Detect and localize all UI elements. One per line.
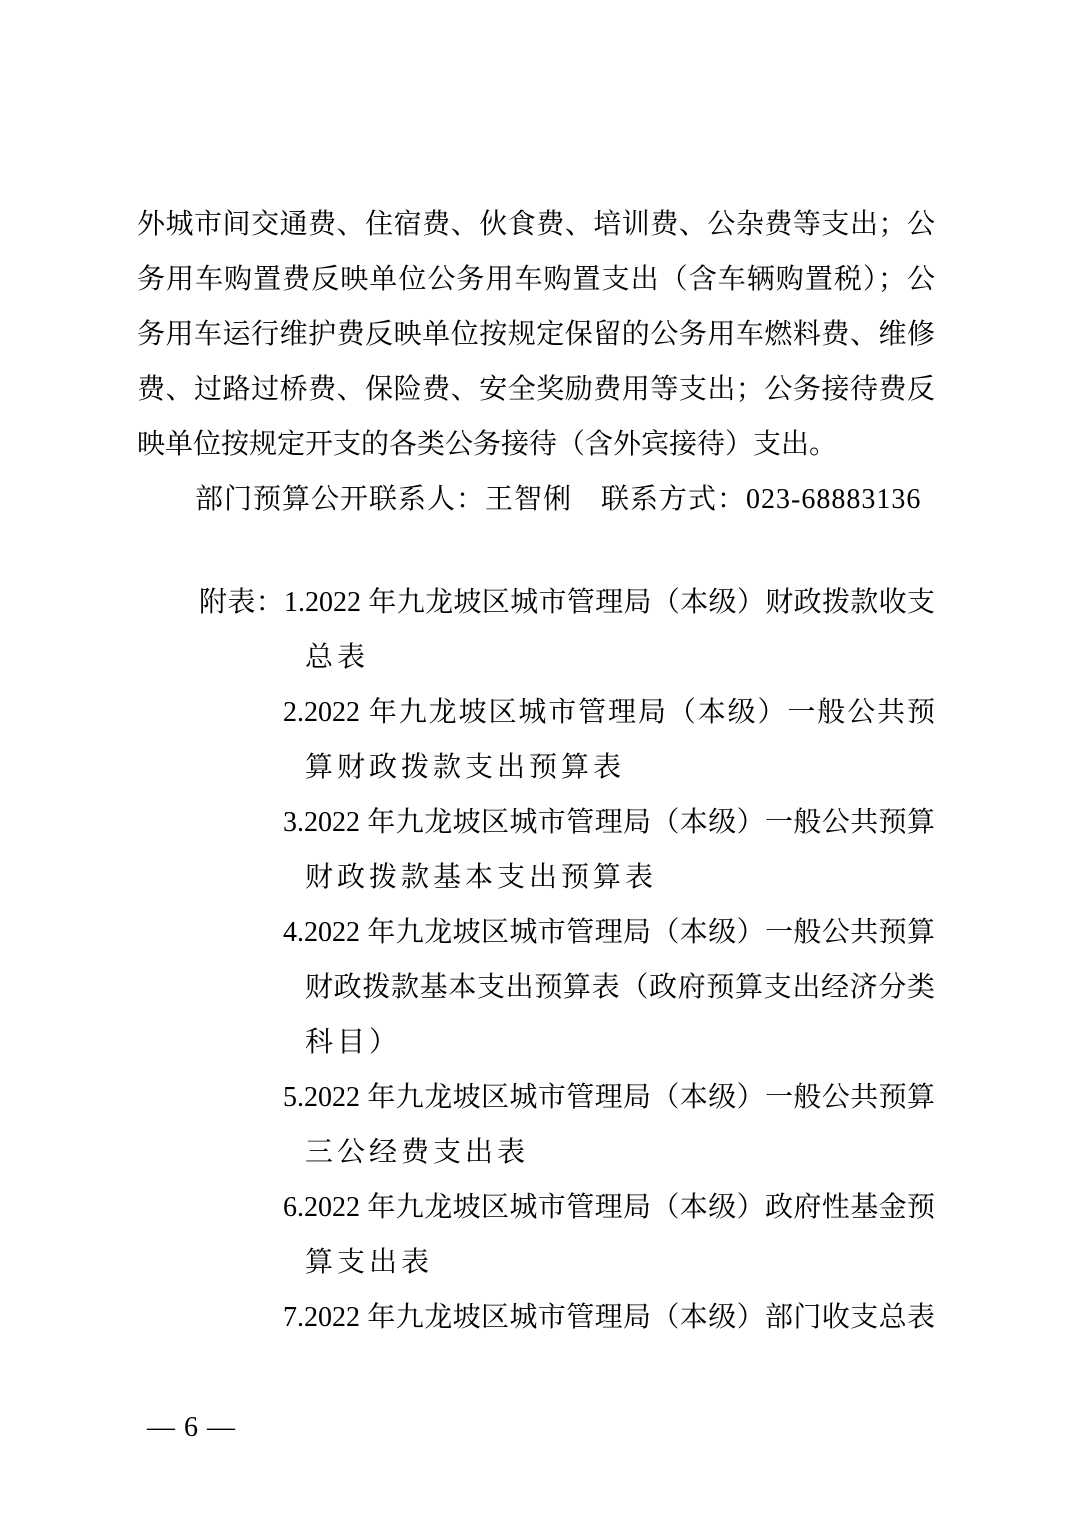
document-page: 外城市间交通费、住宿费、伙食费、培训费、公杂费等支出；公 务用车购置费反映单位公… xyxy=(0,0,1074,1520)
paragraph-spacer xyxy=(137,527,935,575)
paragraph-line-5: 映单位按规定开支的各类公务接待（含外宾接待）支出。 xyxy=(137,417,935,472)
appendix-item-7-line-1: 7.2022 年九龙坡区城市管理局（本级）部门收支总表 xyxy=(137,1290,935,1345)
appendix-item-5-line-1: 5.2022 年九龙坡区城市管理局（本级）一般公共预算 xyxy=(137,1070,935,1125)
page-number: — 6 — xyxy=(147,1413,236,1443)
paragraph-line-2: 务用车购置费反映单位公务用车购置支出（含车辆购置税）；公 xyxy=(137,252,935,307)
appendix-item-6-line-1: 6.2022 年九龙坡区城市管理局（本级）政府性基金预 xyxy=(137,1180,935,1235)
paragraph-line-1: 外城市间交通费、住宿费、伙食费、培训费、公杂费等支出；公 xyxy=(137,197,935,252)
paragraph-line-4: 费、过路过桥费、保险费、安全奖励费用等支出；公务接待费反 xyxy=(137,362,935,417)
appendix-label: 附表： xyxy=(199,587,284,618)
appendix-item-2-line-1: 2.2022 年九龙坡区城市管理局（本级）一般公共预 xyxy=(137,685,935,740)
appendix-item-6-line-2: 算支出表 xyxy=(137,1235,935,1290)
appendix-item-3-line-1: 3.2022 年九龙坡区城市管理局（本级）一般公共预算 xyxy=(137,795,935,850)
appendix-item-5-line-2: 三公经费支出表 xyxy=(137,1125,935,1180)
appendix-item-2-line-2: 算财政拨款支出预算表 xyxy=(137,740,935,795)
contact-line: 部门预算公开联系人：王智俐 联系方式：023-68883136 xyxy=(137,472,935,527)
appendix-item-3-line-2: 财政拨款基本支出预算表 xyxy=(137,850,935,905)
paragraph-line-3: 务用车运行维护费反映单位按规定保留的公务用车燃料费、维修 xyxy=(137,307,935,362)
appendix-item-1-line-1: 1.2022 年九龙坡区城市管理局（本级）财政拨款收支 xyxy=(284,587,935,618)
document-content: 外城市间交通费、住宿费、伙食费、培训费、公杂费等支出；公 务用车购置费反映单位公… xyxy=(137,197,935,1345)
appendix-item-4-line-3: 科目） xyxy=(137,1015,935,1070)
appendix-item-4-line-2: 财政拨款基本支出预算表（政府预算支出经济分类 xyxy=(137,960,935,1015)
appendix-item-1-line-2: 总表 xyxy=(137,630,935,685)
appendix-item-4-line-1: 4.2022 年九龙坡区城市管理局（本级）一般公共预算 xyxy=(137,905,935,960)
appendix-row-1: 附表：1.2022 年九龙坡区城市管理局（本级）财政拨款收支 xyxy=(137,575,935,630)
